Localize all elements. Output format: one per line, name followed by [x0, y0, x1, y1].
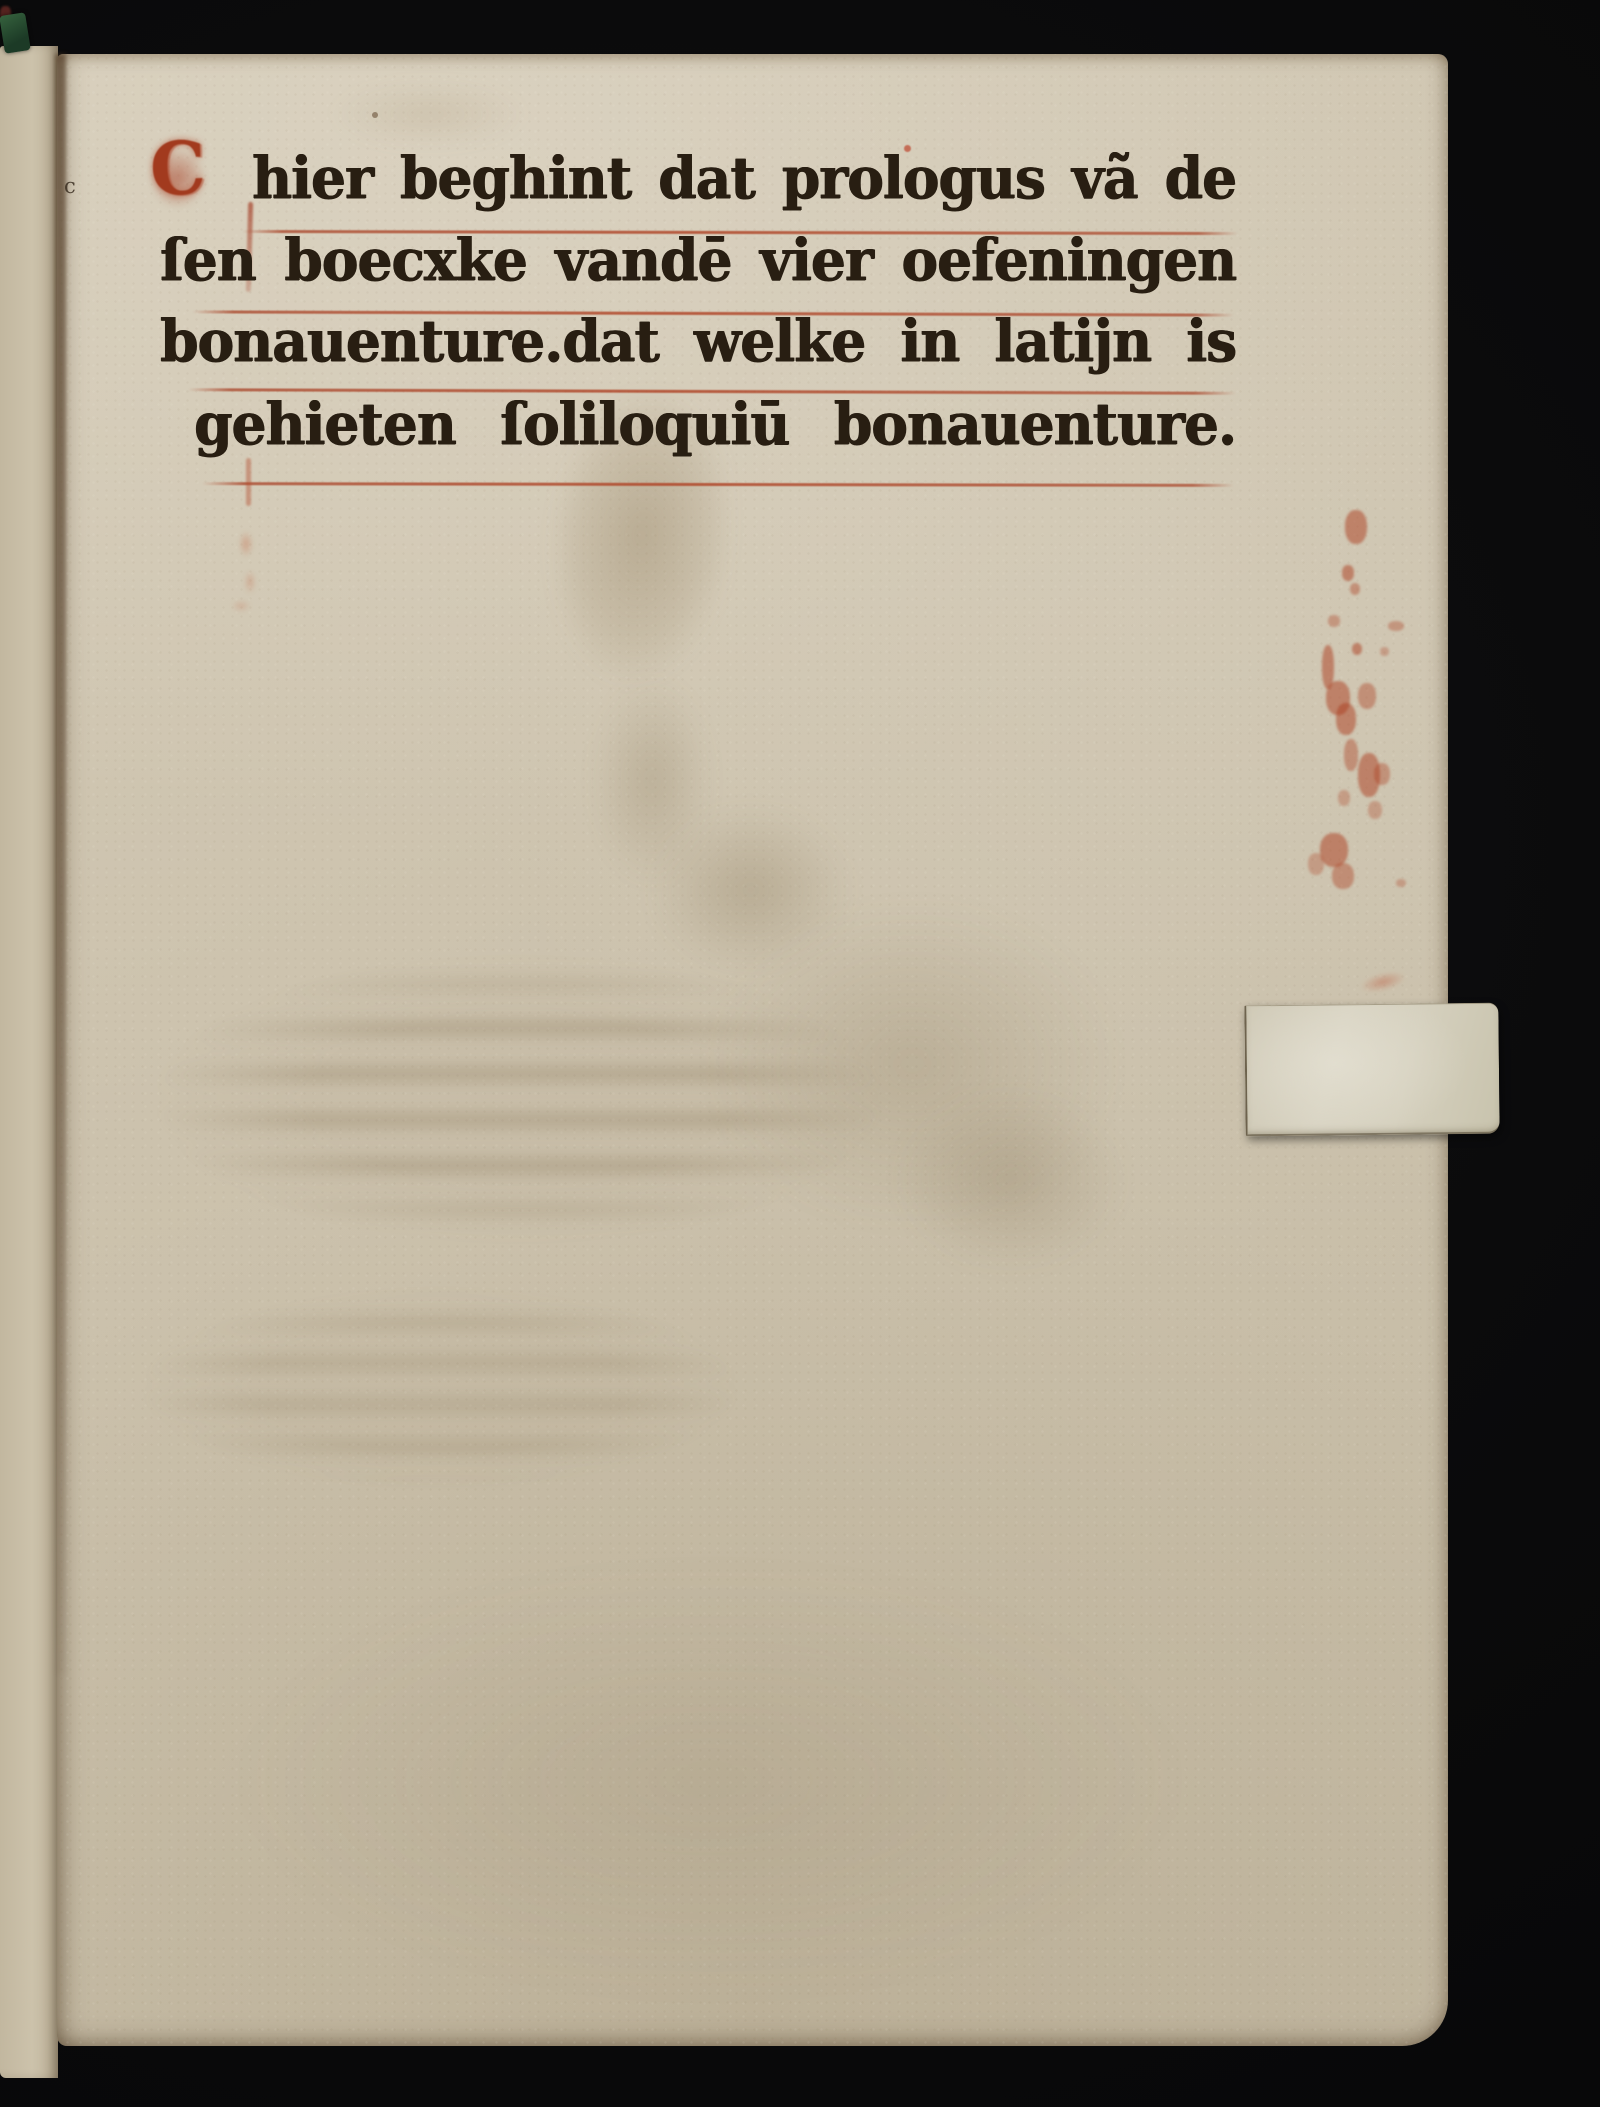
heading-line-1: hier beghint dat prologus vã de — [160, 146, 1236, 216]
red-offset-stains — [1300, 495, 1430, 915]
pen-trial-mark — [242, 566, 258, 598]
heading-line-3: bonauenture.dat welke in latijn is — [160, 309, 1236, 379]
manuscript-photo: { "colors": { "backdrop_black": "#0a0a0b… — [0, 0, 1600, 2107]
endband-icon — [0, 12, 31, 54]
fore-edge-tab — [1244, 1003, 1499, 1137]
facing-page-edge — [0, 46, 58, 2078]
heading-line-2: ſen boecxke vandē vier oefeningen — [160, 228, 1236, 298]
gutter-signature-mark: c — [64, 176, 76, 197]
pen-trial-mark — [246, 458, 251, 506]
binding-speck — [0, 6, 11, 22]
pen-trial-mark — [228, 598, 254, 614]
pen-trial-mark — [236, 526, 256, 562]
heading-line-4: gehieten ſoliloquiū bonauenture. — [160, 392, 1236, 462]
